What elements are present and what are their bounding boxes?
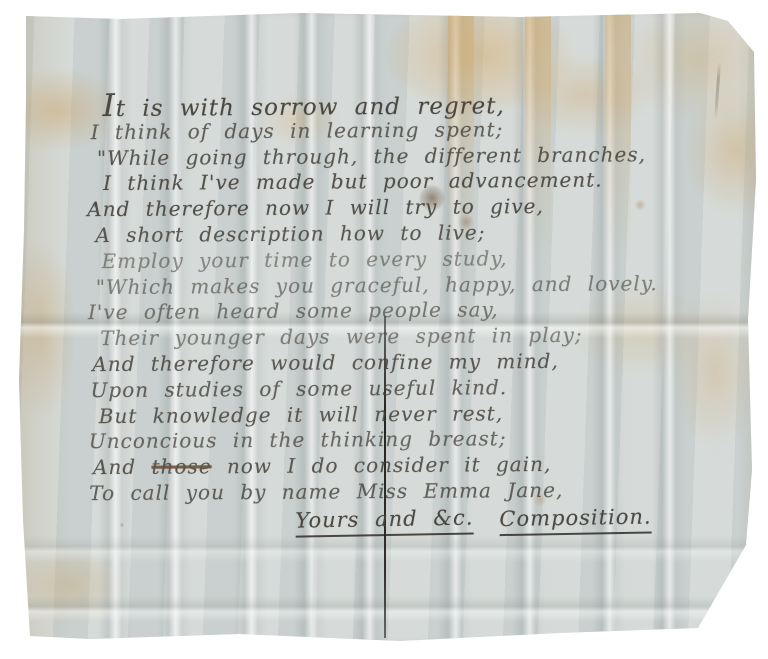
paper-sheet: It is with sorrow and regret,I think of … (0, 0, 768, 659)
signature-right: Composition. (499, 504, 652, 535)
signature-line: Yours and &c. Composition. (89, 505, 709, 538)
poem-line: To call you by name Miss Emma Jane, (89, 477, 709, 507)
pencil-mark (714, 62, 721, 120)
poem-text: It is with sorrow and regret,I think of … (86, 90, 709, 538)
scanned-letter: It is with sorrow and regret,I think of … (0, 0, 768, 659)
signature-left: Yours and &c. (295, 505, 473, 537)
poem-lines: It is with sorrow and regret,I think of … (86, 90, 709, 507)
